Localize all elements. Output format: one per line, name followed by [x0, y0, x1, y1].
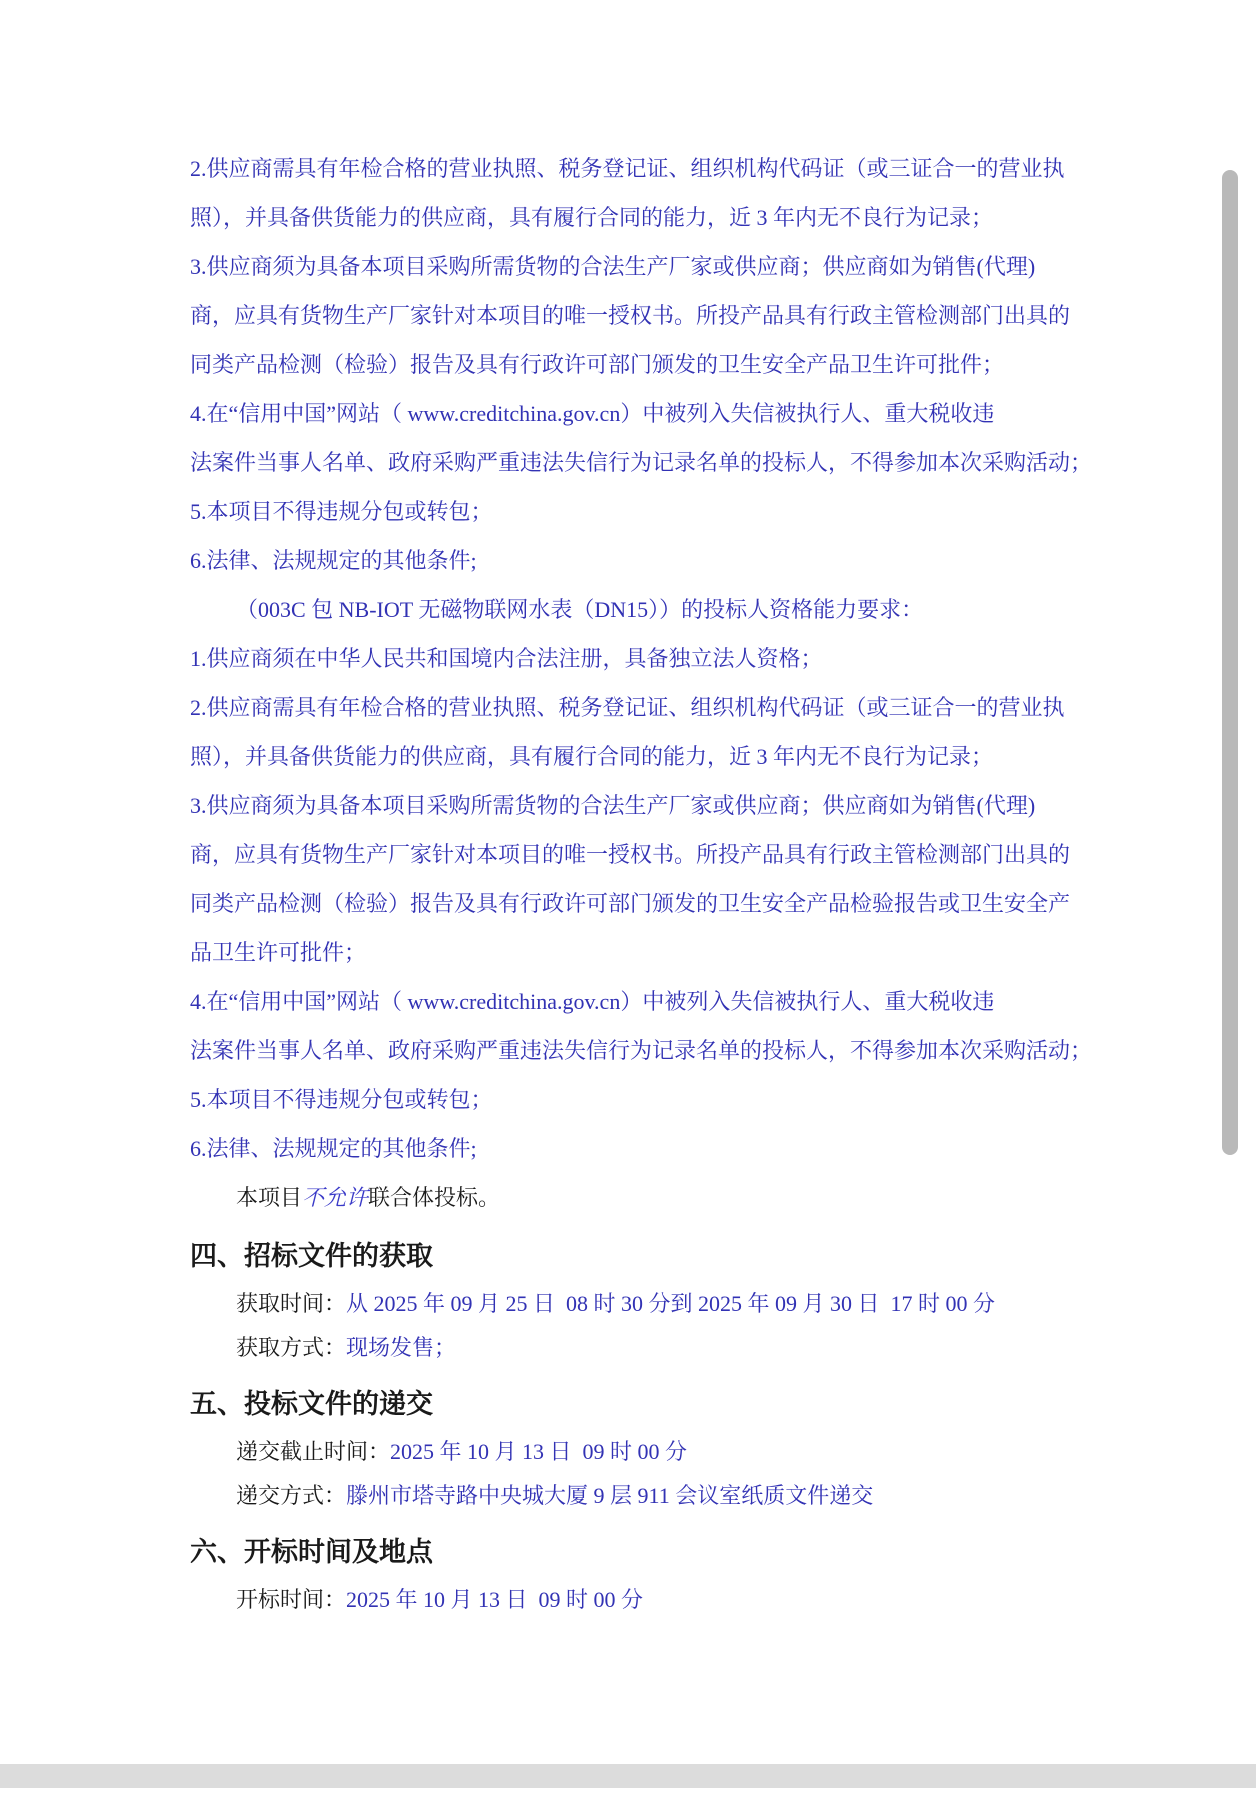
body-line: 6.法律、法规规定的其他条件;: [190, 536, 1090, 585]
text-segment: 商，应具有货物生产厂家针对本项目的唯一授权书。所投产品具有行政主管检测部门出具的: [190, 842, 1070, 867]
document-page: 2.供应商需具有年检合格的营业执照、税务登记证、组织机构代码证（或三证合一的营业…: [0, 0, 1256, 1802]
body-line: 4.在“信用中国”网站（ www.creditchina.gov.cn）中被列入…: [190, 977, 1090, 1026]
text-segment: 六、开标时间及地点: [190, 1537, 433, 1567]
bottom-toolbar-strip: [0, 1764, 1256, 1788]
text-segment: 2.供应商需具有年检合格的营业执照、税务登记证、组织机构代码证（或三证合一的营业…: [190, 156, 1065, 181]
text-segment: 法案件当事人名单、政府采购严重违法失信行为记录名单的投标人，不得参加本次采购活动…: [190, 1038, 1092, 1063]
body-line: 2.供应商需具有年检合格的营业执照、税务登记证、组织机构代码证（或三证合一的营业…: [190, 683, 1090, 732]
text-segment: 照），并具备供货能力的供应商，具有履行合同的能力，近 3 年内无不良行为记录；: [190, 744, 993, 769]
text-segment: 2.供应商需具有年检合格的营业执照、税务登记证、组织机构代码证（或三证合一的营业…: [190, 695, 1065, 720]
text-segment: 同类产品检测（检验）报告及具有行政许可部门颁发的卫生安全产品检验报告或卫生安全产: [190, 891, 1070, 916]
text-segment: 本项目: [236, 1185, 302, 1210]
text-segment: 4.在“信用中国”网站（ www.creditchina.gov.cn）中被列入…: [190, 989, 994, 1014]
detail-line: 获取方式：现场发售；: [190, 1326, 1090, 1370]
body-line: 3.供应商须为具备本项目采购所需货物的合法生产厂家或供应商；供应商如为销售(代理…: [190, 781, 1090, 830]
text-segment: 商，应具有货物生产厂家针对本项目的唯一授权书。所投产品具有行政主管检测部门出具的: [190, 303, 1070, 328]
text-segment: 照），并具备供货能力的供应商，具有履行合同的能力，近 3 年内无不良行为记录；: [190, 205, 993, 230]
text-segment: 不允许: [302, 1185, 368, 1210]
text-segment: 同类产品检测（检验）报告及具有行政许可部门颁发的卫生安全产品卫生许可批件；: [190, 352, 1004, 377]
section-heading: 四、招标文件的获取: [190, 1230, 1090, 1282]
text-segment: 获取时间：: [236, 1291, 346, 1316]
text-segment: 法案件当事人名单、政府采购严重违法失信行为记录名单的投标人，不得参加本次采购活动…: [190, 450, 1092, 475]
text-segment: 获取方式：: [236, 1335, 346, 1360]
body-line: 商，应具有货物生产厂家针对本项目的唯一授权书。所投产品具有行政主管检测部门出具的: [190, 291, 1090, 340]
text-segment: 2025 年 10 月 13 日 09 时 00 分: [346, 1587, 643, 1612]
body-line: 5.本项目不得违规分包或转包；: [190, 1075, 1090, 1124]
document-body: 2.供应商需具有年检合格的营业执照、税务登记证、组织机构代码证（或三证合一的营业…: [190, 144, 1090, 1622]
body-line: 5.本项目不得违规分包或转包；: [190, 487, 1090, 536]
body-line: 2.供应商需具有年检合格的营业执照、税务登记证、组织机构代码证（或三证合一的营业…: [190, 144, 1090, 193]
detail-line: 获取时间：从 2025 年 09 月 25 日 08 时 30 分到 2025 …: [190, 1282, 1090, 1326]
body-line: 照），并具备供货能力的供应商，具有履行合同的能力，近 3 年内无不良行为记录；: [190, 732, 1090, 781]
body-line: 本项目不允许联合体投标。: [190, 1173, 1090, 1222]
body-line: 4.在“信用中国”网站（ www.creditchina.gov.cn）中被列入…: [190, 389, 1090, 438]
text-segment: 联合体投标。: [368, 1185, 500, 1210]
text-segment: 6.法律、法规规定的其他条件;: [190, 548, 477, 573]
detail-line: 开标时间：2025 年 10 月 13 日 09 时 00 分: [190, 1578, 1090, 1622]
body-line: 同类产品检测（检验）报告及具有行政许可部门颁发的卫生安全产品检验报告或卫生安全产: [190, 879, 1090, 928]
text-segment: 五、投标文件的递交: [190, 1389, 433, 1419]
section-heading: 六、开标时间及地点: [190, 1526, 1090, 1578]
body-line: 法案件当事人名单、政府采购严重违法失信行为记录名单的投标人，不得参加本次采购活动…: [190, 1026, 1090, 1075]
text-segment: 4.在“信用中国”网站（ www.creditchina.gov.cn）中被列入…: [190, 401, 994, 426]
text-segment: 3.供应商须为具备本项目采购所需货物的合法生产厂家或供应商；供应商如为销售(代理…: [190, 793, 1035, 818]
section-heading: 五、投标文件的递交: [190, 1378, 1090, 1430]
text-segment: 3.供应商须为具备本项目采购所需货物的合法生产厂家或供应商；供应商如为销售(代理…: [190, 254, 1035, 279]
body-line: 3.供应商须为具备本项目采购所需货物的合法生产厂家或供应商；供应商如为销售(代理…: [190, 242, 1090, 291]
text-segment: （003C 包 NB-IOT 无磁物联网水表（DN15））的投标人资格能力要求：: [236, 597, 923, 622]
body-line: 照），并具备供货能力的供应商，具有履行合同的能力，近 3 年内无不良行为记录；: [190, 193, 1090, 242]
detail-line: 递交方式：滕州市塔寺路中央城大厦 9 层 911 会议室纸质文件递交: [190, 1474, 1090, 1518]
vertical-scrollbar-thumb[interactable]: [1222, 170, 1238, 1155]
body-line: 6.法律、法规规定的其他条件;: [190, 1124, 1090, 1173]
text-segment: 1.供应商须在中华人民共和国境内合法注册，具备独立法人资格；: [190, 646, 823, 671]
text-segment: 递交方式：: [236, 1483, 346, 1508]
text-segment: 品卫生许可批件；: [190, 940, 366, 965]
text-segment: 递交截止时间：: [236, 1439, 390, 1464]
body-line: 法案件当事人名单、政府采购严重违法失信行为记录名单的投标人，不得参加本次采购活动…: [190, 438, 1090, 487]
text-segment: 开标时间：: [236, 1587, 346, 1612]
text-segment: 四、招标文件的获取: [190, 1241, 433, 1271]
text-segment: 从 2025 年 09 月 25 日 08 时 30 分到 2025 年 09 …: [346, 1291, 995, 1316]
detail-line: 递交截止时间：2025 年 10 月 13 日 09 时 00 分: [190, 1430, 1090, 1474]
body-line: 同类产品检测（检验）报告及具有行政许可部门颁发的卫生安全产品卫生许可批件；: [190, 340, 1090, 389]
text-segment: 现场发售；: [346, 1335, 456, 1360]
text-segment: 6.法律、法规规定的其他条件;: [190, 1136, 477, 1161]
body-line: 品卫生许可批件；: [190, 928, 1090, 977]
body-line: 1.供应商须在中华人民共和国境内合法注册，具备独立法人资格；: [190, 634, 1090, 683]
text-segment: 滕州市塔寺路中央城大厦 9 层 911 会议室纸质文件递交: [346, 1483, 873, 1508]
body-line: （003C 包 NB-IOT 无磁物联网水表（DN15））的投标人资格能力要求：: [190, 585, 1090, 634]
body-line: 商，应具有货物生产厂家针对本项目的唯一授权书。所投产品具有行政主管检测部门出具的: [190, 830, 1090, 879]
text-segment: 5.本项目不得违规分包或转包；: [190, 1087, 493, 1112]
text-segment: 2025 年 10 月 13 日 09 时 00 分: [390, 1439, 687, 1464]
text-segment: 5.本项目不得违规分包或转包；: [190, 499, 493, 524]
